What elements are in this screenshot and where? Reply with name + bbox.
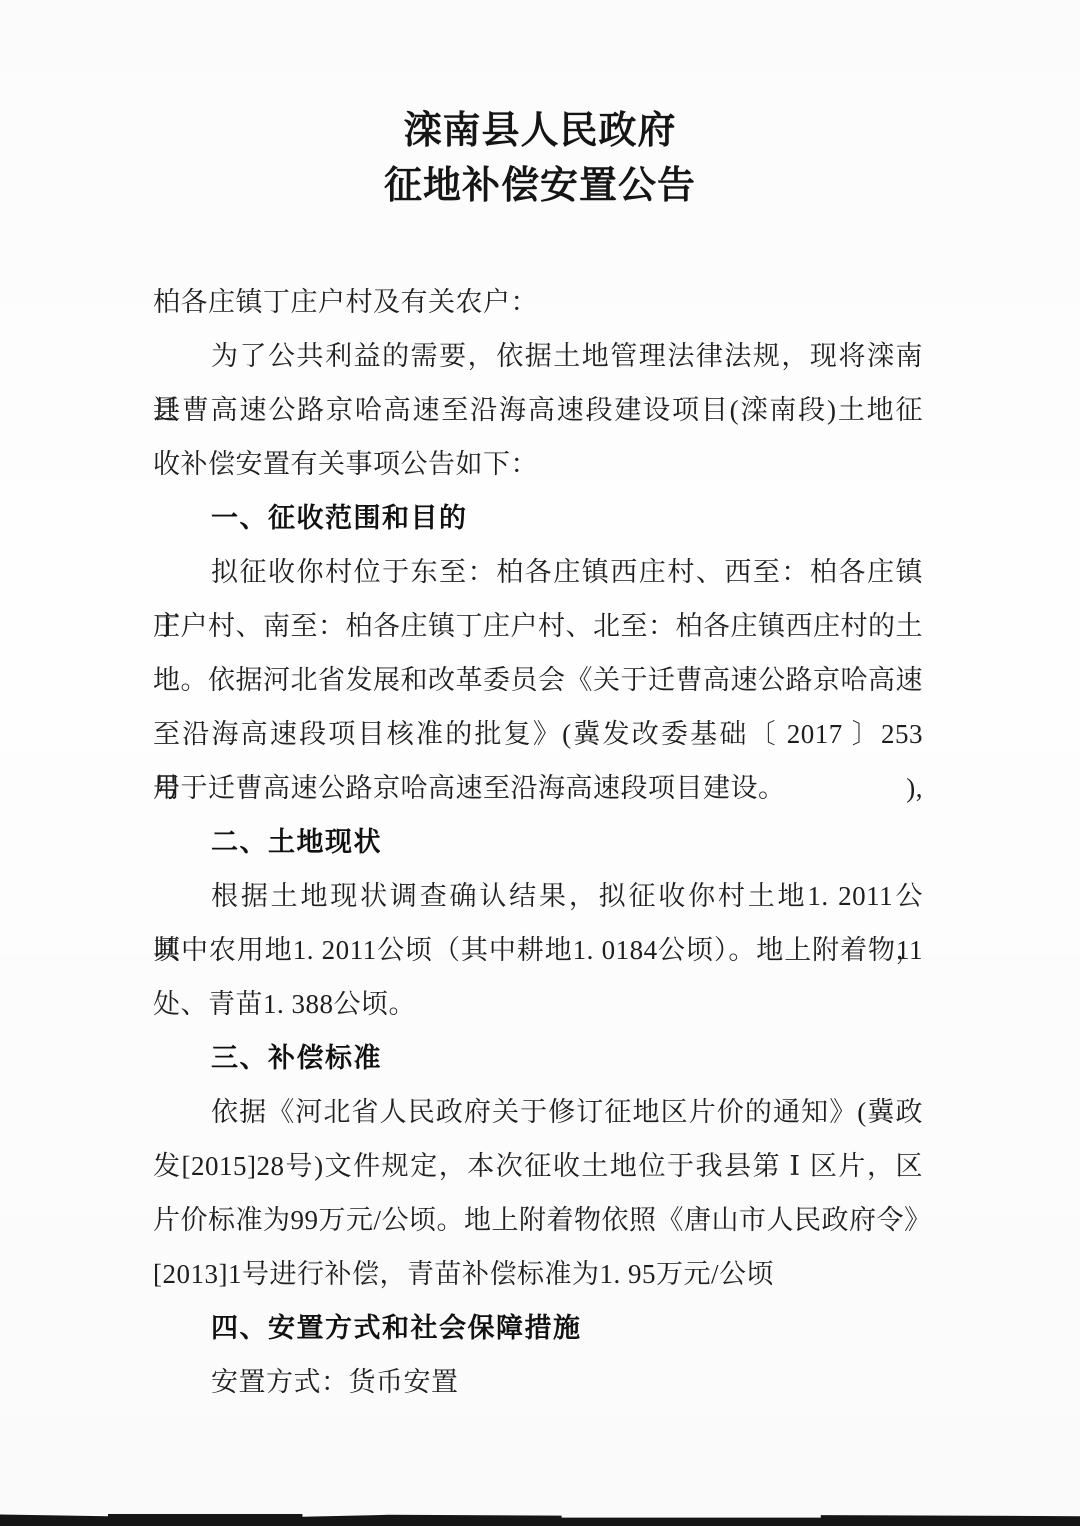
section3-line-4: [2013]1号进行补偿，青苗补偿标准为1. 95万元/公顷 <box>153 1247 923 1301</box>
section2-line-2: 其中农用地1. 2011公顷（其中耕地1. 0184公顷）。地上附着物11 <box>153 923 923 977</box>
intro-line-2: 迁曹高速公路京哈高速至沿海高速段建设项目(滦南段)土地征 <box>153 383 923 437</box>
section1-line-2: 庄户村、南至：柏各庄镇丁庄户村、北至：柏各庄镇西庄村的土 <box>153 599 923 653</box>
section-heading-3: 三、补偿标准 <box>153 1031 923 1085</box>
scan-edge-bar <box>0 1512 1080 1526</box>
section-heading-4: 四、安置方式和社会保障措施 <box>153 1301 923 1355</box>
title-line-1: 滦南县人民政府 <box>0 104 1080 159</box>
section3-line-2: 发[2015]28号)文件规定，本次征收土地位于我县第 Ⅰ 区片，区 <box>153 1139 923 1193</box>
section1-line-4: 至沿海高速段项目核准的批复》(冀发改委基础〔 2017 〕253号), <box>153 707 923 761</box>
document-page: 滦南县人民政府 征地补偿安置公告 柏各庄镇丁庄户村及有关农户： 为了公共利益的需… <box>0 0 1080 1526</box>
section2-line-1: 根据土地现状调查确认结果，拟征收你村土地1. 2011公顷， <box>153 869 923 923</box>
section-heading-2: 二、土地现状 <box>153 815 923 869</box>
section-heading-1: 一、征收范围和目的 <box>153 491 923 545</box>
section4-line-1: 安置方式：货币安置 <box>153 1355 923 1409</box>
section2-line-3: 处、青苗1. 388公顷。 <box>153 977 923 1031</box>
document-body: 柏各庄镇丁庄户村及有关农户： 为了公共利益的需要，依据土地管理法律法规，现将滦南… <box>153 275 923 1409</box>
intro-line-3: 收补偿安置有关事项公告如下： <box>153 437 923 491</box>
title-line-2: 征地补偿安置公告 <box>0 159 1080 214</box>
document-title: 滦南县人民政府 征地补偿安置公告 <box>0 104 1080 214</box>
section3-line-3: 片价标准为99万元/公顷。地上附着物依照《唐山市人民政府令》 <box>153 1193 923 1247</box>
section1-line-1: 拟征收你村位于东至：柏各庄镇西庄村、西至：柏各庄镇丁 <box>153 545 923 599</box>
section1-line-3: 地。依据河北省发展和改革委员会《关于迁曹高速公路京哈高速 <box>153 653 923 707</box>
salutation-line: 柏各庄镇丁庄户村及有关农户： <box>153 275 923 329</box>
intro-line-1: 为了公共利益的需要，依据土地管理法律法规，现将滦南县 <box>153 329 923 383</box>
section3-line-1: 依据《河北省人民政府关于修订征地区片价的通知》(冀政 <box>153 1085 923 1139</box>
